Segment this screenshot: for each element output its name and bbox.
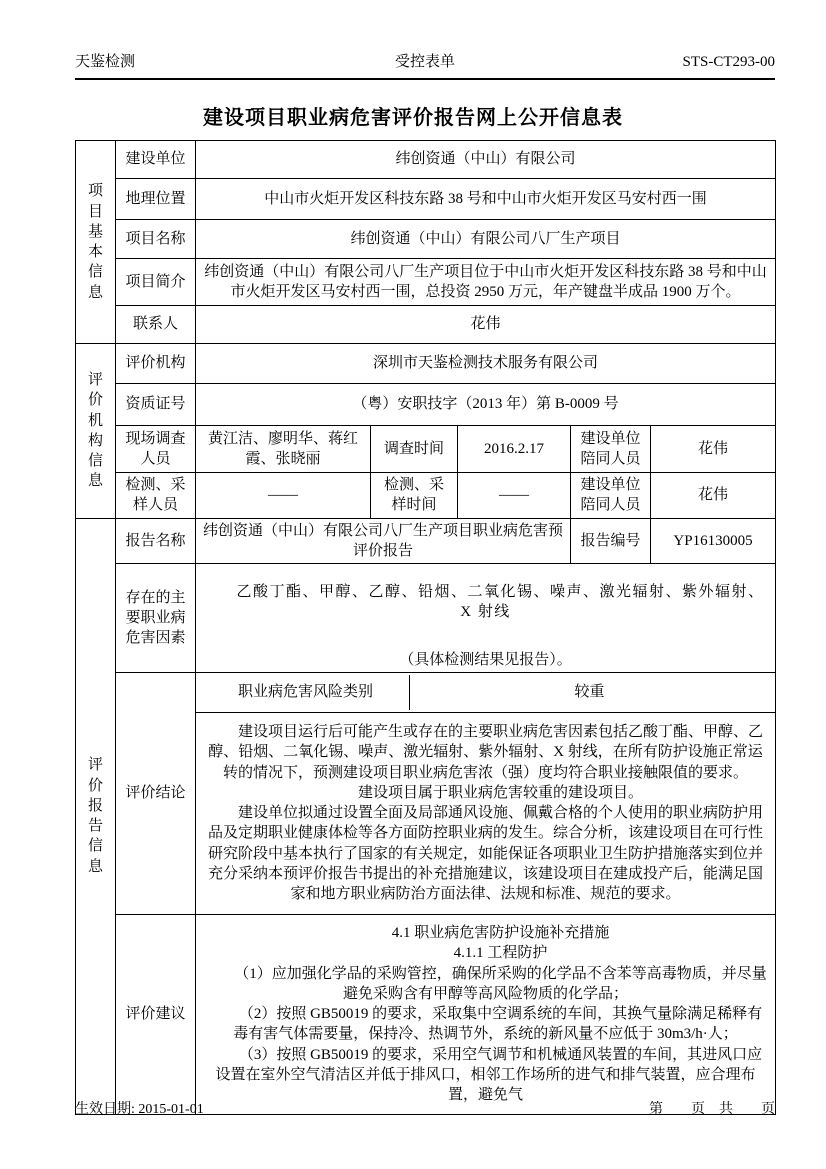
sampling-time-label: 检测、采样时间 (371, 473, 458, 519)
header-company: 天鉴检测 (75, 50, 295, 71)
suggestion-paragraph: （1）应加强化学品的采购管控，确保所采购的化学品不含苯等高毒物质，并尽量避免采购… (202, 964, 769, 1005)
report-number-label: 报告编号 (571, 518, 651, 564)
sampling-escort-value: 花伟 (651, 473, 776, 519)
info-table: 项目基本信息 建设单位 纬创资通（中山）有限公司 地理位置 中山市火炬开发区科技… (75, 140, 776, 1115)
project-name-label: 项目名称 (116, 220, 196, 259)
header-doc-type: 受控表单 (295, 50, 555, 71)
risk-category-label: 职业病危害风险类别 (202, 675, 410, 710)
project-name-value: 纬创资通（中山）有限公司八厂生产项目 (196, 220, 776, 259)
construction-unit-value: 纬创资通（中山）有限公司 (196, 141, 776, 179)
sampling-personnel-label: 检测、采样人员 (116, 473, 196, 519)
sampling-time-value: —— (458, 473, 571, 519)
project-intro-label: 项目简介 (116, 259, 196, 306)
suggestion-paragraph: 4.1 职业病危害防护设施补充措施 (202, 923, 769, 943)
hazards-note: （具体检测结果见报告）。 (202, 650, 769, 670)
hazards-cell: 乙酸丁酯、甲醇、乙醇、铅烟、二氧化锡、噪声、激光辐射、紫外辐射、X 射线 （具体… (196, 564, 776, 673)
section-label-project-basic-info: 项目基本信息 (76, 141, 116, 344)
hazards-value: 乙酸丁酯、甲醇、乙醇、铅烟、二氧化锡、噪声、激光辐射、紫外辐射、X 射线 (202, 582, 769, 623)
conclusion-paragraph: 建设项目运行后可能产生或存在的主要职业病危害因素包括乙酸丁酯、甲醇、乙醇、铅烟、… (202, 722, 769, 783)
conclusion-paragraph: 建设单位拟通过设置全面及局部通风设施、佩戴合格的个人使用的职业病防护用品及定期职… (202, 803, 769, 904)
risk-category-value: 较重 (410, 675, 769, 710)
suggestion-paragraph: 4.1.1 工程防护 (202, 943, 769, 963)
risk-row: 职业病危害风险类别 较重 (196, 672, 776, 712)
conclusion-text: 建设项目运行后可能产生或存在的主要职业病危害因素包括乙酸丁酯、甲醇、乙醇、铅烟、… (196, 712, 776, 914)
location-label: 地理位置 (116, 179, 196, 220)
page-title: 建设项目职业病危害评价报告网上公开信息表 (0, 101, 826, 130)
sampling-escort-label: 建设单位陪同人员 (571, 473, 651, 519)
page-number: 第 页 共 页 (649, 1098, 775, 1118)
survey-time-label: 调查时间 (371, 426, 458, 473)
suggestion-paragraph: （2）按照 GB50019 的要求，采取集中空调系统的车间，其换气量除满足稀释有… (202, 1004, 769, 1045)
conclusion-label: 评价结论 (116, 672, 196, 914)
cert-number-label: 资质证号 (116, 384, 196, 426)
project-intro-value: 纬创资通（中山）有限公司八厂生产项目位于中山市火炬开发区科技东路 38 号和中山… (196, 259, 776, 306)
suggestion-label: 评价建议 (116, 914, 196, 1114)
conclusion-paragraph: 建设项目属于职业病危害较重的建设项目。 (202, 783, 769, 803)
document-header: 天鉴检测 受控表单 STS-CT293-00 (75, 50, 775, 80)
contact-label: 联系人 (116, 306, 196, 344)
hazards-label: 存在的主要职业病危害因素 (116, 564, 196, 673)
report-name-label: 报告名称 (116, 518, 196, 564)
document-footer: 生效日期: 2015-01-01 第 页 共 页 (75, 1098, 775, 1118)
report-number-value: YP16130005 (651, 518, 776, 564)
section-label-agency-info: 评价机构信息 (76, 344, 116, 519)
survey-personnel-label: 现场调查人员 (116, 426, 196, 473)
contact-value: 花伟 (196, 306, 776, 344)
survey-time-value: 2016.2.17 (458, 426, 571, 473)
section-label-report-info: 评价报告信息 (76, 518, 116, 1114)
sampling-personnel-value: —— (196, 473, 371, 519)
cert-number-value: （粤）安职技字（2013 年）第 B-0009 号 (196, 384, 776, 426)
risk-split: 职业病危害风险类别 较重 (202, 675, 769, 710)
location-value: 中山市火炬开发区科技东路 38 号和中山市火炬开发区马安村西一围 (196, 179, 776, 220)
agency-label: 评价机构 (116, 344, 196, 384)
construction-unit-label: 建设单位 (116, 141, 196, 179)
suggestion-text: 4.1 职业病危害防护设施补充措施 4.1.1 工程防护 （1）应加强化学品的采… (196, 914, 776, 1114)
document-page: 天鉴检测 受控表单 STS-CT293-00 建设项目职业病危害评价报告网上公开… (0, 0, 826, 1169)
survey-escort-value: 花伟 (651, 426, 776, 473)
report-name-value: 纬创资通（中山）有限公司八厂生产项目职业病危害预评价报告 (196, 518, 571, 564)
agency-value: 深圳市天鉴检测技术服务有限公司 (196, 344, 776, 384)
suggestion-paragraph: （3）按照 GB50019 的要求，采用空气调节和机械通风装置的车间，其进风口应… (202, 1045, 769, 1106)
survey-personnel-value: 黄江洁、廖明华、蒋红霞、张晓丽 (196, 426, 371, 473)
header-form-code: STS-CT293-00 (555, 54, 775, 71)
survey-escort-label: 建设单位陪同人员 (571, 426, 651, 473)
effective-date: 生效日期: 2015-01-01 (75, 1098, 204, 1118)
